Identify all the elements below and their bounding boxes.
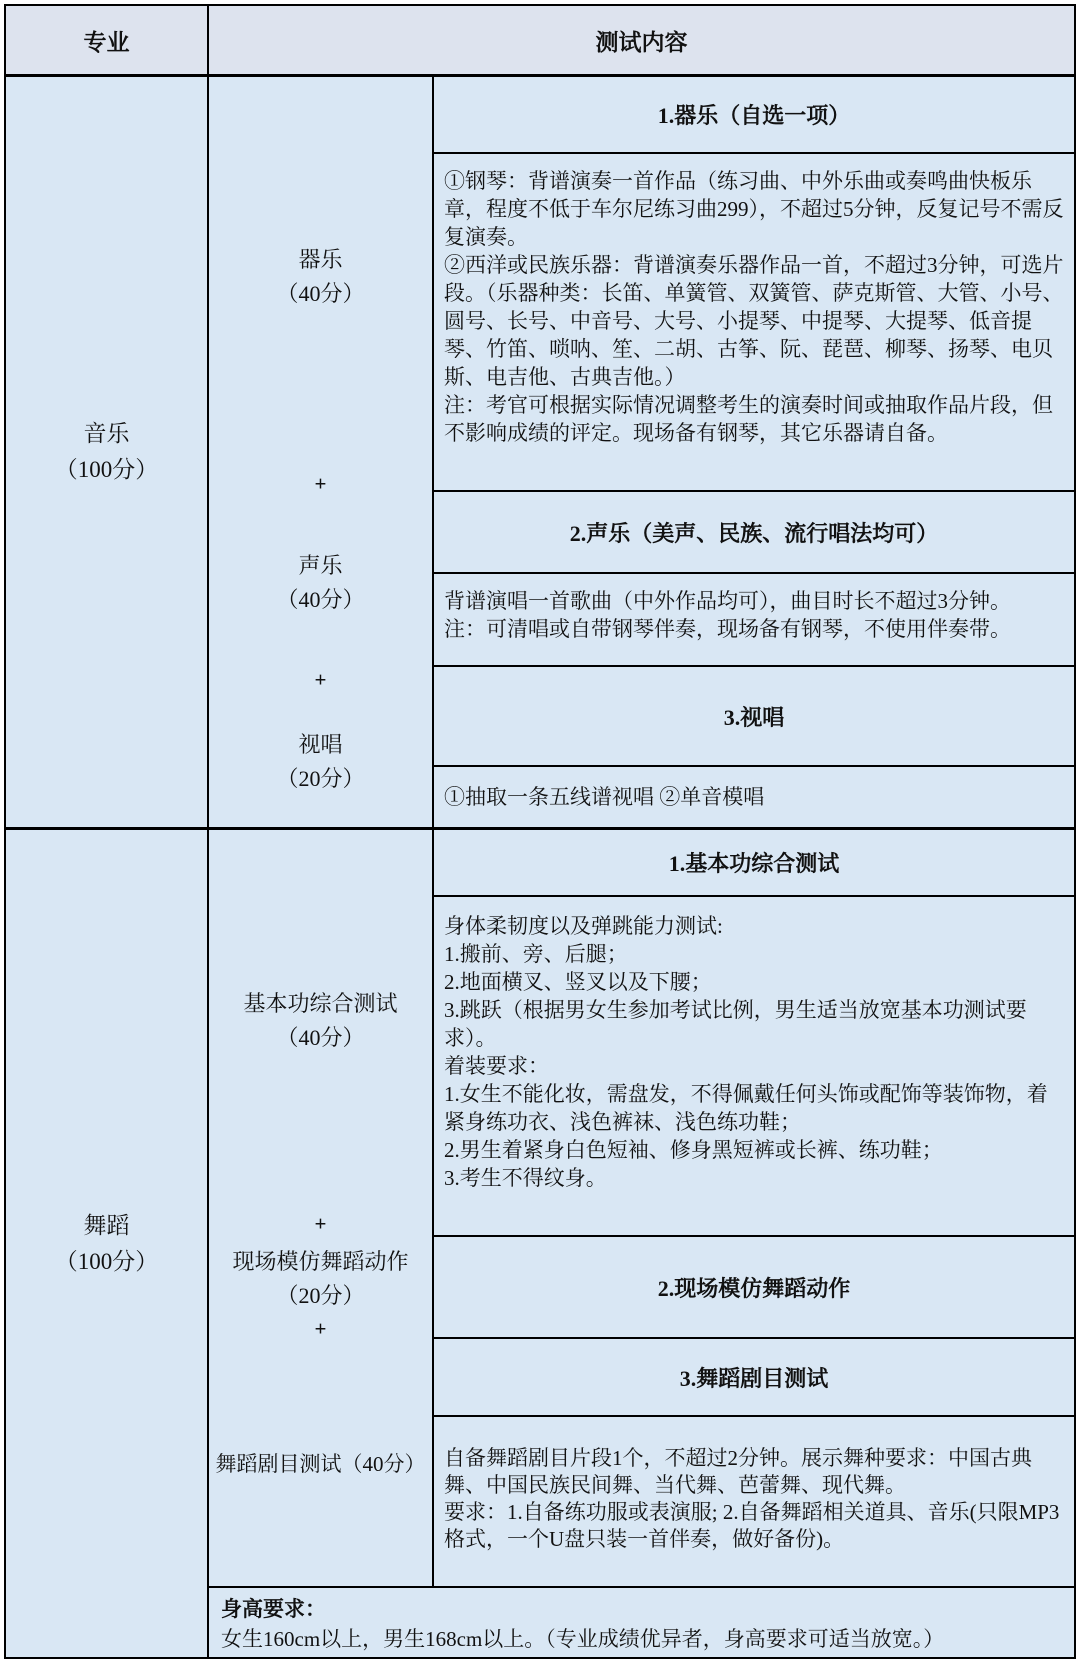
dance-component-repertoire: 舞蹈剧目测试（40分） bbox=[209, 1447, 432, 1481]
dance-component-basics-name: 基本功综合测试 bbox=[209, 987, 432, 1021]
music-components-cell: 器乐 （40分） + 声乐 （40分） + 视唱 （20分） bbox=[209, 77, 434, 827]
dance-right-part: 基本功综合测试 （40分） + 现场模仿舞蹈动作 （20分） + 舞蹈剧目测试（… bbox=[209, 830, 1074, 1657]
music-component-vocal-score: （40分） bbox=[209, 583, 432, 617]
music-component-sightsinging-score: （20分） bbox=[209, 762, 432, 796]
dance-section1-line: 1.搬前、旁、后腿； bbox=[444, 940, 1064, 968]
dance-component-basics: 基本功综合测试 （40分） bbox=[209, 987, 432, 1055]
plus-sign: + bbox=[209, 1317, 432, 1342]
table-header-row: 专业 测试内容 bbox=[6, 6, 1074, 77]
dance-section3-title: 3.舞蹈剧目测试 bbox=[434, 1339, 1074, 1417]
plus-sign: + bbox=[209, 1212, 432, 1237]
dance-section1-line: 着装要求： bbox=[444, 1052, 1064, 1080]
plus-sign: + bbox=[209, 472, 432, 497]
music-section2-content: 背谱演唱一首歌曲（中外作品均可），曲目时长不超过3分钟。 注：可清唱或自带钢琴伴… bbox=[434, 574, 1074, 667]
dance-major-cell: 舞蹈 （100分） bbox=[6, 830, 209, 1657]
dance-section3-content: 自备舞蹈剧目片段1个，不超过2分钟。展示舞种要求：中国古典舞、中国民族民间舞、当… bbox=[434, 1417, 1074, 1586]
music-section1-paragraph: ①钢琴：背谱演奏一首作品（练习曲、中外乐曲或奏鸣曲快板乐章，程度不低于车尔尼练习… bbox=[444, 167, 1064, 251]
music-section1-paragraph: 注：考官可根据实际情况调整考生的演奏时间或抽取作品片段，但不影响成绩的评定。现场… bbox=[444, 391, 1064, 447]
music-section2-paragraph: 背谱演唱一首歌曲（中外作品均可），曲目时长不超过3分钟。 bbox=[444, 587, 1064, 615]
dance-section3-line: 要求：1.自备练功服或表演服; 2.自备舞蹈相关道具、音乐(只限MP3格式，一个… bbox=[444, 1499, 1064, 1553]
dance-major-name: 舞蹈 bbox=[84, 1208, 130, 1244]
dance-section1-line: 3.跳跃（根据男女生参加考试比例，男生适当放宽基本功测试要求）。 bbox=[444, 996, 1064, 1052]
dance-component-imitation: 现场模仿舞蹈动作 （20分） bbox=[209, 1245, 432, 1313]
dance-section1-line: 2.男生着紧身白色短袖、修身黑短裤或长裤、练功鞋； bbox=[444, 1136, 1064, 1164]
music-section2-paragraph: 注：可清唱或自带钢琴伴奏，现场备有钢琴，不使用伴奏带。 bbox=[444, 615, 1064, 643]
music-major-name: 音乐 bbox=[84, 416, 130, 452]
dance-section1-content: 身体柔韧度以及弹跳能力测试: 1.搬前、旁、后腿； 2.地面横叉、竖叉以及下腰；… bbox=[434, 897, 1074, 1237]
dance-component-basics-score: （40分） bbox=[209, 1021, 432, 1055]
dance-component-imitation-name: 现场模仿舞蹈动作 bbox=[209, 1245, 432, 1279]
music-section3-title: 3.视唱 bbox=[434, 667, 1074, 767]
dance-section1-line: 身体柔韧度以及弹跳能力测试: bbox=[444, 912, 1064, 940]
dance-section2-title: 2.现场模仿舞蹈动作 bbox=[434, 1237, 1074, 1339]
dance-component-imitation-score: （20分） bbox=[209, 1279, 432, 1313]
dance-major-score: （100分） bbox=[55, 1244, 159, 1280]
dance-components-cell: 基本功综合测试 （40分） + 现场模仿舞蹈动作 （20分） + 舞蹈剧目测试（… bbox=[209, 830, 434, 1586]
dance-section1-line: 2.地面横叉、竖叉以及下腰； bbox=[444, 968, 1064, 996]
music-component-instrumental: 器乐 （40分） bbox=[209, 243, 432, 311]
music-section1-paragraph: ②西洋或民族乐器：背谱演奏乐器作品一首，不超过3分钟，可选片段。（乐器种类：长笛… bbox=[444, 251, 1064, 391]
music-component-instrumental-name: 器乐 bbox=[209, 243, 432, 277]
dance-block: 舞蹈 （100分） 基本功综合测试 （40分） + 现场模仿舞蹈动作 （20分）… bbox=[6, 830, 1074, 1657]
music-row: 音乐 （100分） 器乐 （40分） + 声乐 （40分） + 视唱 （20分）… bbox=[6, 77, 1074, 830]
music-section1-content: ①钢琴：背谱演奏一首作品（练习曲、中外乐曲或奏鸣曲快板乐章，程度不低于车尔尼练习… bbox=[434, 154, 1074, 492]
music-major-cell: 音乐 （100分） bbox=[6, 77, 209, 827]
music-component-sightsinging-name: 视唱 bbox=[209, 728, 432, 762]
dance-row: 基本功综合测试 （40分） + 现场模仿舞蹈动作 （20分） + 舞蹈剧目测试（… bbox=[209, 830, 1074, 1586]
music-component-vocal-name: 声乐 bbox=[209, 549, 432, 583]
height-requirement-row: 身高要求： 女生160cm以上，男生168cm以上。（专业成绩优异者，身高要求可… bbox=[209, 1586, 1074, 1657]
music-detail-column: 1.器乐（自选一项） ①钢琴：背谱演奏一首作品（练习曲、中外乐曲或奏鸣曲快板乐章… bbox=[434, 77, 1074, 827]
dance-detail-column: 1.基本功综合测试 身体柔韧度以及弹跳能力测试: 1.搬前、旁、后腿； 2.地面… bbox=[434, 830, 1074, 1586]
dance-section1-title: 1.基本功综合测试 bbox=[434, 830, 1074, 897]
height-requirement-body: 女生160cm以上，男生168cm以上。（专业成绩优异者，身高要求可适当放宽。） bbox=[221, 1624, 1062, 1654]
header-cell-major: 专业 bbox=[6, 6, 209, 74]
dance-section1-line: 1.女生不能化妆，需盘发，不得佩戴任何头饰或配饰等装饰物，着紧身练功衣、浅色裤袜… bbox=[444, 1080, 1064, 1136]
music-section2-title: 2.声乐（美声、民族、流行唱法均可） bbox=[434, 492, 1074, 574]
music-section1-title: 1.器乐（自选一项） bbox=[434, 77, 1074, 154]
exam-content-table: 专业 测试内容 音乐 （100分） 器乐 （40分） + 声乐 （40分） + … bbox=[4, 4, 1076, 1659]
dance-section3-line: 自备舞蹈剧目片段1个，不超过2分钟。展示舞种要求：中国古典舞、中国民族民间舞、当… bbox=[444, 1445, 1064, 1499]
music-component-sightsinging: 视唱 （20分） bbox=[209, 728, 432, 796]
music-section3-content: ①抽取一条五线谱视唱 ②单音模唱 bbox=[434, 767, 1074, 827]
music-component-vocal: 声乐 （40分） bbox=[209, 549, 432, 617]
dance-section1-line: 3.考生不得纹身。 bbox=[444, 1164, 1064, 1192]
music-component-instrumental-score: （40分） bbox=[209, 277, 432, 311]
plus-sign: + bbox=[209, 668, 432, 693]
height-requirement-title: 身高要求： bbox=[221, 1594, 1062, 1624]
header-cell-test-content: 测试内容 bbox=[209, 6, 1074, 74]
music-major-score: （100分） bbox=[55, 452, 159, 488]
